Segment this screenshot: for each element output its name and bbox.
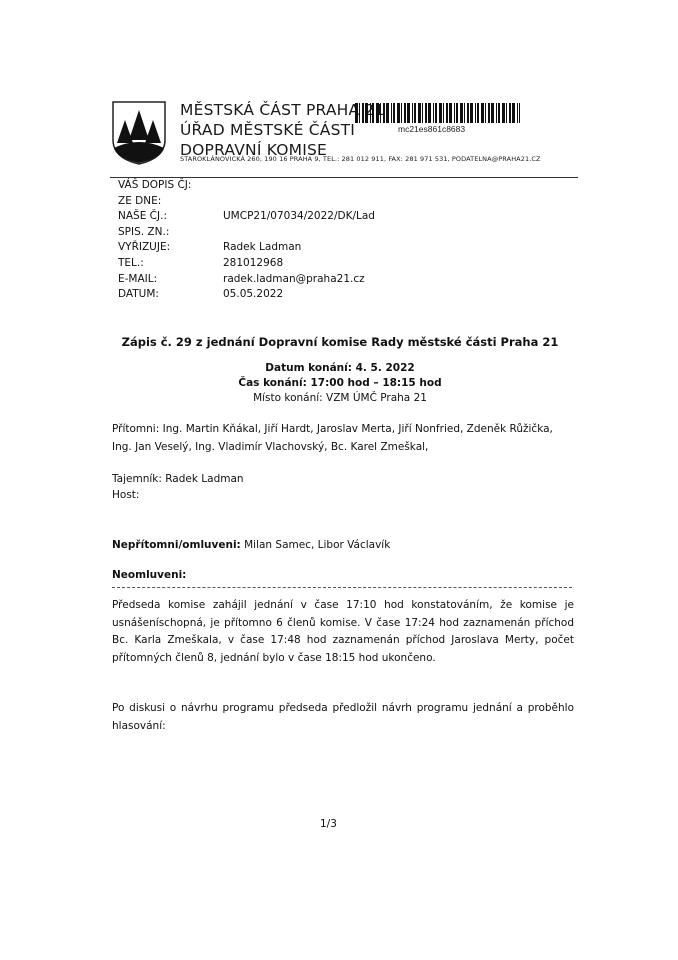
dashed-divider — [112, 587, 572, 588]
secretary: Tajemník: Radek Ladman — [112, 471, 574, 489]
reference-label: VÁŠ DOPIS ČJ: — [118, 178, 223, 194]
reference-label: NAŠE ČJ.: — [118, 209, 223, 225]
guest: Host: — [112, 487, 574, 505]
org-line-1: MĚSTSKÁ ČÁST PRAHA 21 — [180, 100, 385, 120]
barcode-icon — [355, 103, 520, 123]
absent-value: Milan Samec, Libor Václavík — [241, 539, 391, 551]
reference-label: DATUM: — [118, 287, 223, 303]
reference-value: 281012968 — [223, 256, 283, 272]
reference-value: UMCP21/07034/2022/DK/Lad — [223, 209, 375, 225]
absent-unexcused: Neomluveni: — [112, 567, 574, 585]
reference-label: SPIS. ZN.: — [118, 225, 223, 241]
reference-row: TEL.:281012968 — [118, 256, 375, 272]
page-number: 1/3 — [320, 818, 337, 830]
reference-value: Radek Ladman — [223, 240, 301, 256]
reference-row: E-MAIL:radek.ladman@praha21.cz — [118, 272, 375, 288]
reference-row: SPIS. ZN.: — [118, 225, 375, 241]
attendees: Přítomni: Ing. Martin Kňákal, Jiří Hardt… — [112, 421, 574, 456]
reference-row: DATUM:05.05.2022 — [118, 287, 375, 303]
meeting-date: Datum konání: 4. 5. 2022 — [100, 361, 580, 376]
reference-label: VYŘIZUJE: — [118, 240, 223, 256]
reference-row: NAŠE ČJ.:UMCP21/07034/2022/DK/Lad — [118, 209, 375, 225]
organization-name: MĚSTSKÁ ČÁST PRAHA 21 ÚŘAD MĚSTSKÉ ČÁSTI… — [180, 100, 385, 160]
reference-row: VYŘIZUJE:Radek Ladman — [118, 240, 375, 256]
meeting-time: Čas konání: 17:00 hod – 18:15 hod — [100, 376, 580, 391]
program-paragraph: Po diskusi o návrhu programu předseda př… — [112, 700, 574, 735]
reference-value: 05.05.2022 — [223, 287, 283, 303]
absent-excused: Nepřítomni/omluveni: Milan Samec, Libor … — [112, 537, 574, 555]
reference-label: ZE DNE: — [118, 194, 223, 210]
reference-label: E-MAIL: — [118, 272, 223, 288]
reference-block: VÁŠ DOPIS ČJ:ZE DNE:NAŠE ČJ.:UMCP21/0703… — [118, 178, 375, 303]
org-line-2: ÚŘAD MĚSTSKÉ ČÁSTI — [180, 120, 385, 140]
coat-of-arms-trees-icon — [111, 100, 167, 166]
meeting-place: Místo konání: VZM ÚMČ Praha 21 — [100, 391, 580, 406]
opening-paragraph: Předseda komise zahájil jednání v čase 1… — [112, 597, 574, 667]
barcode-text: mc21es861c8683 — [398, 124, 465, 134]
absent-label: Nepřítomni/omluveni: — [112, 539, 241, 551]
reference-value: radek.ladman@praha21.cz — [223, 272, 365, 288]
reference-row: ZE DNE: — [118, 194, 375, 210]
reference-row: VÁŠ DOPIS ČJ: — [118, 178, 375, 194]
address-line: STAROKLÁNOVICKÁ 260, 190 16 PRAHA 9, TEL… — [180, 155, 541, 163]
document-title: Zápis č. 29 z jednání Dopravní komise Ra… — [100, 335, 580, 349]
reference-label: TEL.: — [118, 256, 223, 272]
